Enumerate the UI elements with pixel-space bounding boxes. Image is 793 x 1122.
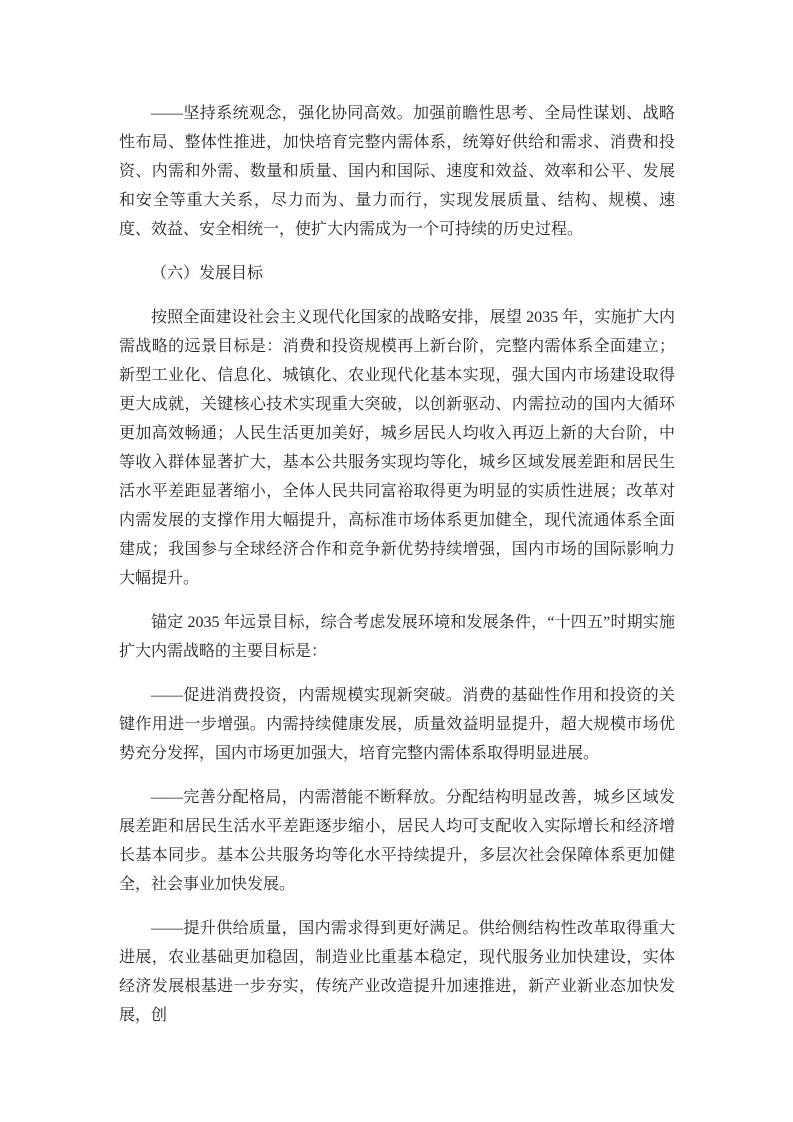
paragraph-goal-consumption-investment: ——促进消费投资，内需规模实现新突破。消费的基础性作用和投资的关键作用进一步增强… — [119, 681, 675, 768]
paragraph-goal-distribution-pattern: ——完善分配格局，内需潜能不断释放。分配结构明显改善，城乡区域发展差距和居民生活… — [119, 783, 675, 899]
paragraph-14th-five-year-main-goals-intro: 锚定 2035 年远景目标，综合考虑发展环境和发展条件，“十四五”时期实施扩大内… — [119, 608, 675, 666]
section-heading-development-goals: （六）发展目标 — [119, 259, 675, 288]
paragraph-goal-supply-quality: ——提升供给质量，国内需求得到更好满足。供给侧结构性改革取得重大进展，农业基础更… — [119, 914, 675, 1030]
paragraph-principle-systems-concept: ——坚持系统观念，强化协同高效。加强前瞻性思考、全局性谋划、战略性布局、整体性推… — [119, 99, 675, 244]
document-page: ——坚持系统观念，强化协同高效。加强前瞻性思考、全局性谋划、战略性布局、整体性推… — [0, 0, 793, 1122]
document-body: ——坚持系统观念，强化协同高效。加强前瞻性思考、全局性谋划、战略性布局、整体性推… — [119, 99, 675, 1030]
paragraph-2035-vision-goals: 按照全面建设社会主义现代化国家的战略安排，展望 2035 年，实施扩大内需战略的… — [119, 303, 675, 593]
